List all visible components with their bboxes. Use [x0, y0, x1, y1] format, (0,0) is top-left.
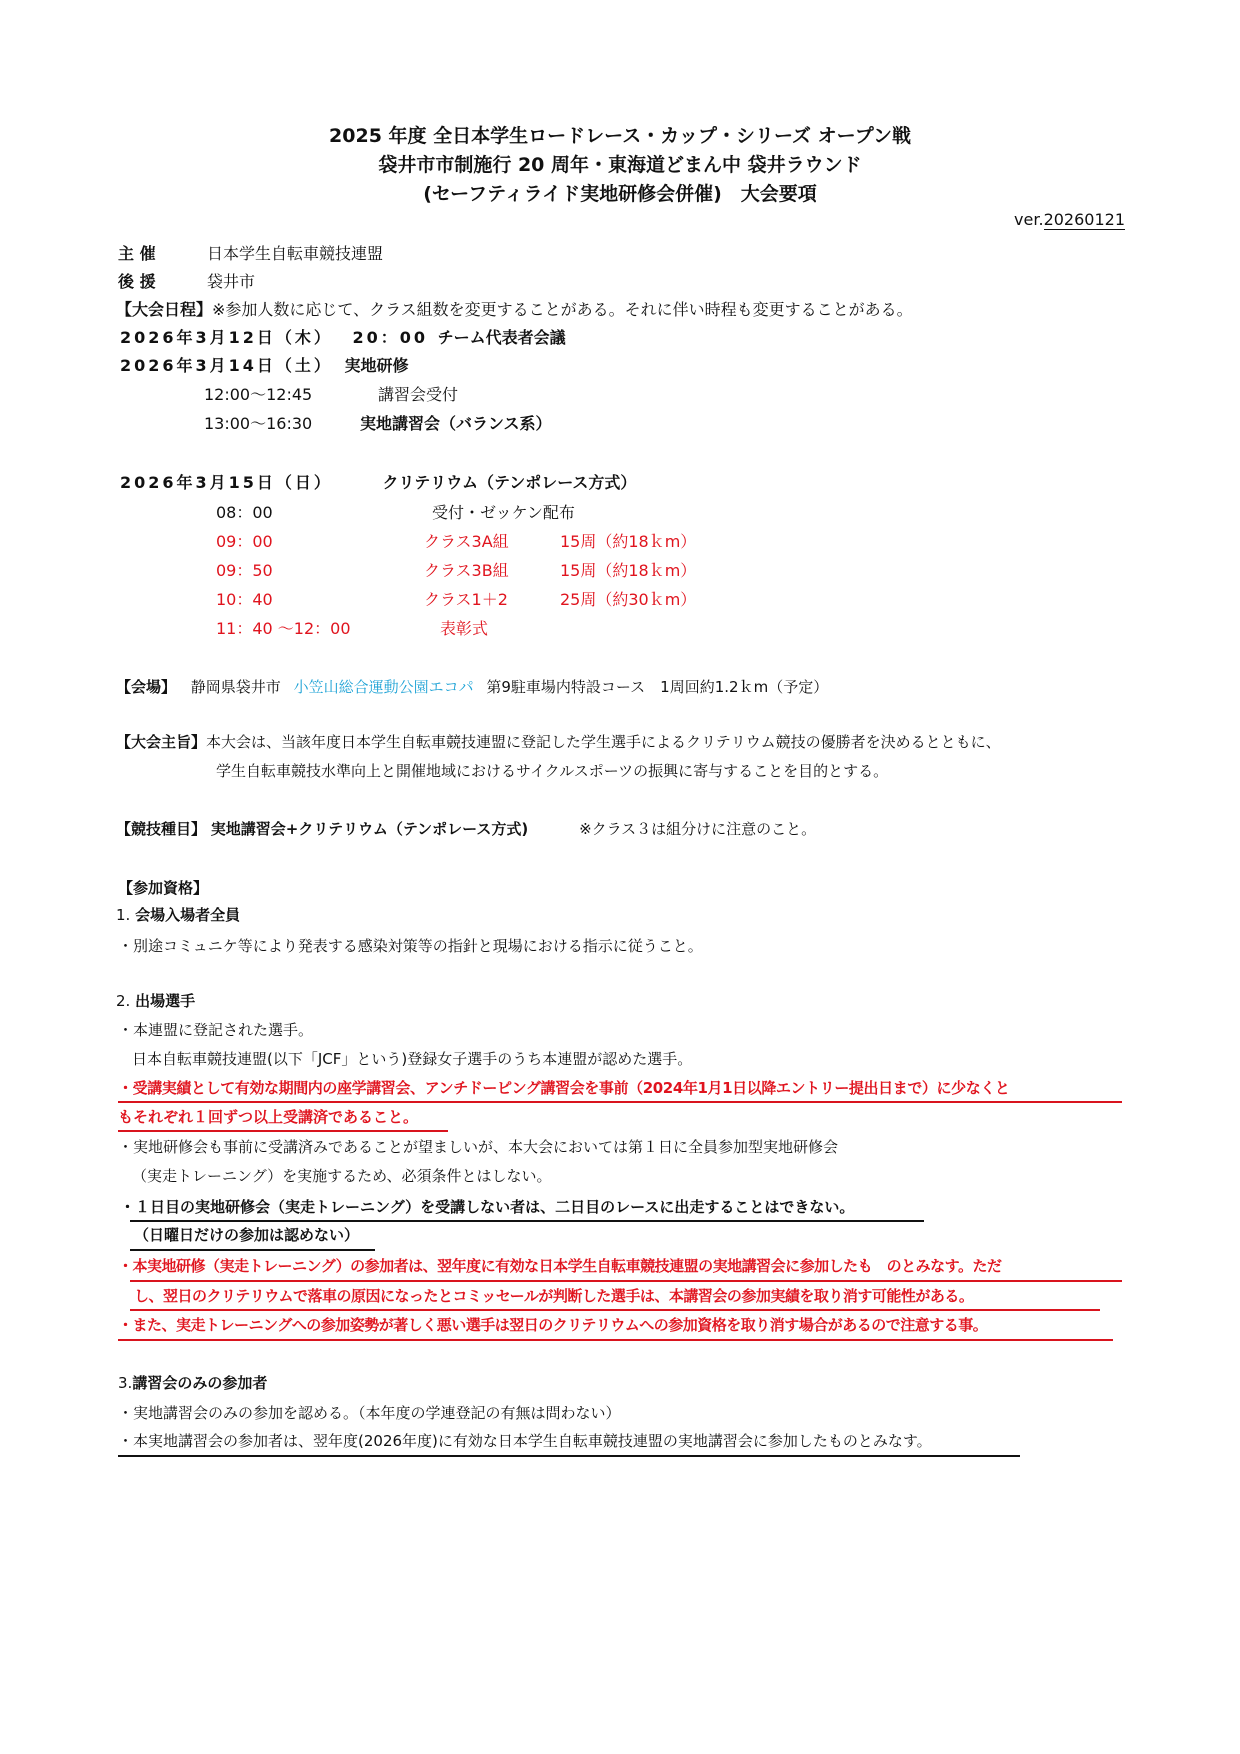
events-note: ※クラス３は組分けに注意のこと。 — [579, 820, 816, 838]
day3-item-time: 10：40 — [216, 587, 273, 610]
section2-line3: ・実地研修会も事前に受講済みであることが望ましいが、本大会においては第１日に全員… — [118, 1136, 838, 1157]
day1-time: 20：00 — [353, 328, 429, 347]
day2-item-time: 13:00～16:30 — [204, 411, 312, 434]
version-label: ver.20260121 — [1014, 210, 1125, 229]
day3-item-time: 08：00 — [216, 500, 273, 523]
red-underline — [118, 1339, 1113, 1341]
eligibility-section2-heading: 2. 出場選手 — [116, 990, 195, 1011]
section3-num: 3. — [118, 1374, 132, 1392]
section2-bold-notice-1: ・１日目の実地研修会（実走トレーニング）を受講しない者は、二日目のレースに出走す… — [120, 1196, 854, 1217]
version-prefix: ver. — [1014, 210, 1044, 229]
schedule-heading: 【大会日程】 — [116, 300, 212, 319]
section2-line1: ・本連盟に登記された選手。 — [118, 1019, 313, 1040]
black-underline — [130, 1249, 375, 1251]
section2-red-notice-3: ・また、実走トレーニングへの参加姿勢が著しく悪い選手は翌日のクリテリウムへの参加… — [118, 1314, 987, 1335]
red-underline — [130, 1309, 1100, 1311]
organizer-label: 主 催 — [118, 241, 156, 264]
day3-event: クリテリウム（テンポレース方式） — [383, 473, 637, 492]
day3-item-time: 09：00 — [216, 529, 273, 552]
day3-item-label: クラス3B組 — [424, 558, 509, 581]
purpose-heading: 【大会主旨】 — [116, 733, 206, 751]
day3-item-laps: 15周（約18ｋm） — [560, 529, 696, 552]
events-heading: 【競技種目】 — [116, 820, 206, 838]
section1-num: 1. — [116, 906, 130, 924]
day3-item-label: クラス1＋2 — [424, 587, 508, 610]
black-underline — [130, 1220, 924, 1222]
document-title-line3: (セーフティライド実地研修会併催) 大会要項 — [0, 179, 1240, 206]
section1-item: ・別途コミュニケ等により発表する感染対策等の指針と現場における指示に従うこと。 — [118, 935, 703, 956]
section2-red-notice-2b: し、翌日のクリテリウムで落車の原因になったとコミッセールが判断した選手は、本講習… — [134, 1285, 973, 1306]
day1-date: 2026年3月12日（木） — [120, 328, 333, 347]
day2-item-label: 実地講習会（バランス系） — [360, 411, 552, 434]
schedule-day3: 2026年3月15日（日） クリテリウム（テンポレース方式） — [120, 470, 636, 493]
supporter-value: 袋井市 — [207, 269, 255, 292]
purpose-section: 【大会主旨】本大会は、当該年度日本学生自転車競技連盟に登記した学生選手によるクリ… — [116, 731, 1001, 752]
day2-event: 実地研修 — [345, 356, 409, 375]
version-number: 20260121 — [1044, 210, 1125, 230]
section2-red-notice-1a: ・受講実績として有効な期間内の座学講習会、アンチドーピング講習会を事前（2024… — [118, 1077, 1010, 1098]
venue-detail: 第9駐車場内特設コース 1周回約1.2ｋm（予定） — [486, 678, 828, 696]
eligibility-section1-heading: 1. 会場入場者全員 — [116, 904, 240, 925]
day3-item-laps: 15周（約18ｋm） — [560, 558, 696, 581]
venue-city: 静岡県袋井市 — [191, 678, 281, 696]
venue-heading: 【会場】 — [116, 678, 176, 696]
section1-title: 会場入場者全員 — [135, 906, 240, 924]
purpose-line2: 学生自転車競技水準向上と開催地域におけるサイクルスポーツの振興に寄与することを目… — [216, 760, 888, 781]
venue-section: 【会場】 静岡県袋井市 小笠山総合運動公園エコパ 第9駐車場内特設コース 1周回… — [116, 676, 828, 697]
day3-date: 2026年3月15日（日） — [120, 473, 333, 492]
supporter-label: 後 援 — [118, 269, 156, 292]
section2-line4: （実走トレーニング）を実施するため、必須条件とはしない。 — [132, 1165, 552, 1186]
day3-item-label: 受付・ゼッケン配布 — [432, 500, 575, 523]
schedule-note: ※参加人数に応じて、クラス組数を変更することがある。それに伴い時程も変更すること… — [212, 300, 913, 319]
organizer-value: 日本学生自転車競技連盟 — [207, 241, 383, 264]
day1-event: チーム代表者会議 — [438, 328, 566, 347]
venue-park-link[interactable]: 小笠山総合運動公園エコパ — [294, 678, 474, 696]
section2-title: 出場選手 — [135, 992, 195, 1010]
schedule-section: 【大会日程】※参加人数に応じて、クラス組数を変更することがある。それに伴い時程も… — [116, 297, 913, 320]
document-title-line1: 2025 年度 全日本学生ロードレース・カップ・シリーズ オープン戦 — [0, 121, 1240, 148]
black-underline — [118, 1455, 1020, 1457]
day3-item-time: 11：40 ～12：00 — [216, 616, 351, 639]
eligibility-heading: 【参加資格】 — [118, 877, 208, 898]
day3-item-time: 09：50 — [216, 558, 273, 581]
day3-item-laps: 25周（約30ｋm） — [560, 587, 696, 610]
day2-date: 2026年3月14日（土） — [120, 356, 333, 375]
red-underline — [118, 1130, 448, 1132]
day3-item-label: クラス3A組 — [424, 529, 509, 552]
schedule-day1: 2026年3月12日（木） 20：00 チーム代表者会議 — [120, 325, 566, 348]
section2-line2: 日本自転車競技連盟(以下「JCF」という)登録女子選手のうち本連盟が認めた選手。 — [132, 1048, 692, 1069]
red-underline — [118, 1101, 1122, 1103]
section3-line2: ・本実地講習会の参加者は、翌年度(2026年度)に有効な日本学生自転車競技連盟の… — [118, 1430, 932, 1451]
red-underline — [130, 1280, 1122, 1282]
section2-bold-notice-2: （日曜日だけの参加は認めない） — [134, 1224, 359, 1245]
day2-item-label: 講習会受付 — [378, 382, 458, 405]
day2-item-time: 12:00～12:45 — [204, 382, 312, 405]
document-title-line2: 袋井市市制施行 20 周年・東海道どまん中 袋井ラウンド — [0, 150, 1240, 177]
section3-line1: ・実地講習会のみの参加を認める。（本年度の学連登記の有無は問わない） — [118, 1402, 621, 1423]
day3-item-label: 表彰式 — [440, 616, 488, 639]
section2-red-notice-1b: もそれぞれ１回ずつ以上受講済であること。 — [118, 1106, 418, 1127]
schedule-day2: 2026年3月14日（土） 実地研修 — [120, 353, 409, 376]
section2-num: 2. — [116, 992, 130, 1010]
section2-red-notice-2a: ・本実地研修（実走トレーニング）の参加者は、翌年度に有効な日本学生自転車競技連盟… — [118, 1255, 1001, 1276]
section3-title: 講習会のみの参加者 — [132, 1374, 267, 1392]
eligibility-section3-heading: 3.講習会のみの参加者 — [118, 1372, 267, 1393]
events-section: 【競技種目】 実地講習会+クリテリウム（テンポレース方式) ※クラス３は組分けに… — [116, 818, 816, 839]
purpose-line1: 本大会は、当該年度日本学生自転車競技連盟に登記した学生選手によるクリテリウム競技… — [206, 733, 1001, 751]
events-value: 実地講習会+クリテリウム（テンポレース方式) — [211, 820, 528, 838]
